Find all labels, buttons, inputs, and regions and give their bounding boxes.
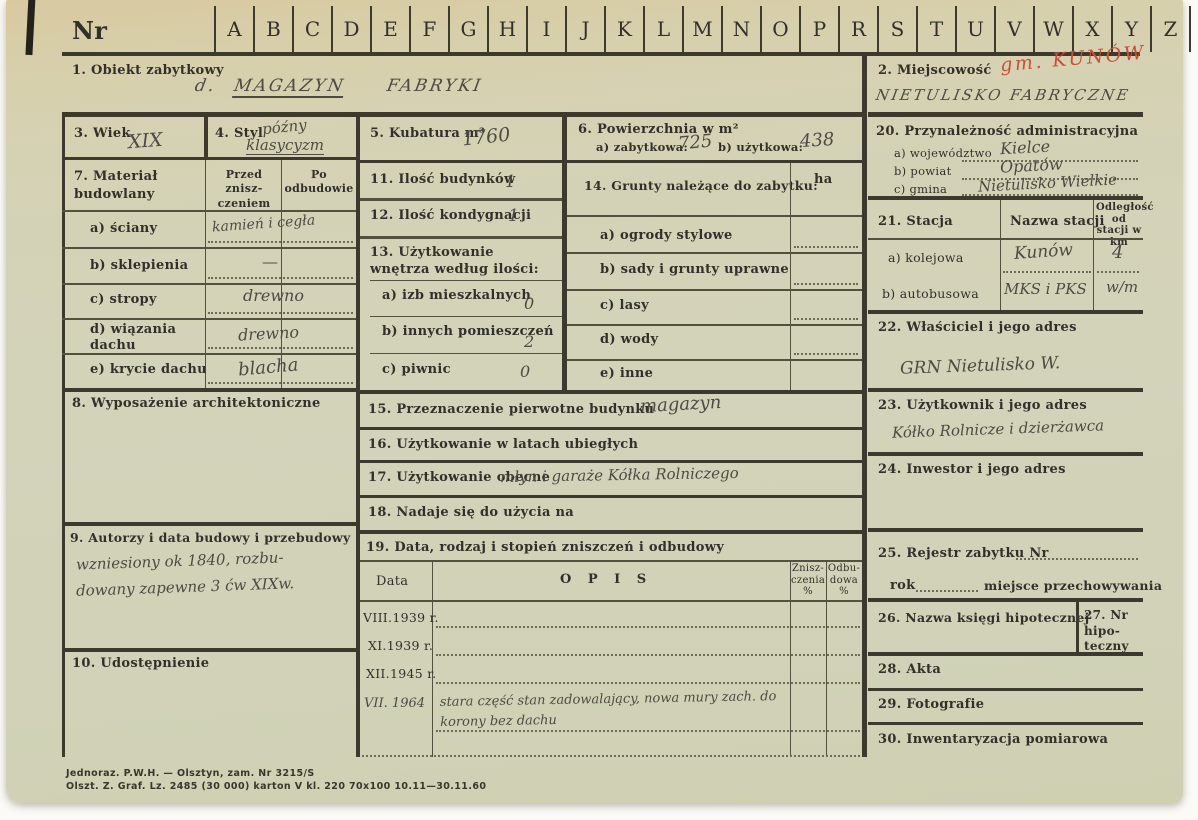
index-letter: R: [838, 6, 877, 52]
dotted-line: [436, 682, 860, 684]
index-letter: P: [799, 6, 838, 52]
index-letter: S: [877, 6, 916, 52]
field-21-row-name: Kunów: [1013, 240, 1073, 264]
field-8-label: 8. Wyposażenie architektoniczne: [72, 396, 321, 411]
index-letter: B: [253, 6, 292, 52]
field-9-label: 9. Autorzy i data budowy i przebudowy: [70, 530, 351, 545]
field-22-label: 22. Właściciel i jego adres: [878, 320, 1077, 335]
field-14-item: b) sady i grunty uprawne: [600, 262, 789, 277]
field-13-item-label: a) izb mieszkalnych: [382, 288, 531, 303]
field-12-value: 1: [508, 206, 519, 226]
field-25-rok-label: rok: [890, 578, 915, 593]
field-21-col1-header: Nazwa stacji: [1010, 214, 1105, 229]
divider: [868, 528, 1143, 532]
divider: [360, 427, 862, 430]
field-27-label: 27. Nr hipo- teczny: [1084, 608, 1142, 655]
divider: [62, 648, 356, 652]
divider: [360, 530, 862, 534]
index-letter: F: [409, 6, 448, 52]
divider: [862, 56, 867, 757]
field-6a-value: 725: [677, 131, 713, 155]
divider: [62, 117, 65, 757]
dotted-line: [794, 353, 858, 355]
index-letter: G: [448, 6, 487, 52]
footer-imprint-line2: Olszt. Z. Graf. Lz. 2485 (30 000) karton…: [66, 781, 486, 792]
field-20b-label: b) powiat: [894, 164, 952, 178]
divider: [62, 157, 356, 160]
field-19-row-desc: stara część stan zadowalający, nowa mury…: [440, 687, 781, 733]
dotted-line: [1016, 558, 1138, 560]
field-6-label: 6. Powierzchnia w m²: [578, 122, 739, 137]
field-13-item-value: 0: [524, 294, 534, 313]
field-16-label: 16. Użytkowanie w latach ubiegłych: [368, 437, 638, 452]
dotted-line: [1097, 271, 1139, 273]
field-10-label: 10. Udostępnienie: [72, 656, 209, 671]
dotted-line: [436, 626, 860, 628]
divider: [868, 112, 1143, 117]
divider: [370, 353, 562, 354]
field-14-item: d) wody: [600, 332, 658, 347]
field-20a-label: a) województwo: [894, 146, 992, 160]
field-21-row-dist: 4: [1112, 242, 1123, 263]
field-1-value: d. MAGAZYN FABRYKI: [193, 76, 484, 96]
dotted-line: [208, 382, 353, 384]
field-19-row-date: VIII.1939 r.: [363, 610, 439, 625]
field-30-label: 30. Inwentaryzacja pomiarowa: [878, 732, 1108, 747]
divider: [62, 283, 356, 285]
field-7-row-label: c) stropy: [90, 292, 157, 307]
divider: [790, 163, 791, 390]
index-letter: W: [1033, 6, 1072, 52]
divider: [1076, 602, 1079, 652]
divider: [360, 390, 862, 394]
field-21-row-dist: w/m: [1106, 278, 1138, 296]
field-14-unit-header: ha: [814, 172, 832, 187]
divider: [868, 238, 1143, 240]
index-letter: U: [955, 6, 994, 52]
divider: [360, 600, 862, 602]
index-letter: A: [214, 6, 253, 52]
field-19-col-odbu: Odbu- dowa %: [827, 563, 861, 598]
field-19-row-date: VII. 1964: [364, 696, 425, 711]
divider: [868, 598, 1143, 602]
divider: [62, 247, 356, 249]
divider: [790, 560, 791, 757]
field-11-value: 1: [505, 172, 516, 192]
field-7-col2-header: Po odbudowie: [284, 168, 354, 197]
field-7-row-value: —: [262, 252, 278, 271]
index-letter: N: [721, 6, 760, 52]
field-6a-label: a) zabytkowa:: [596, 140, 688, 154]
divider: [370, 280, 562, 281]
divider: [62, 52, 1140, 56]
field-13-item-value: 0: [520, 362, 530, 381]
divider: [356, 117, 360, 757]
field-19-col-date: Data: [376, 574, 408, 589]
index-letter: E: [370, 6, 409, 52]
divider: [826, 560, 827, 757]
divider: [370, 316, 562, 317]
field-7-row-label: a) ściany: [90, 221, 157, 236]
index-letter: H: [487, 6, 526, 52]
field-21-label: 21. Stacja: [878, 214, 953, 229]
divider: [360, 560, 862, 562]
index-letter: O: [760, 6, 799, 52]
field-7-label: 7. Materiał budowlany: [74, 168, 184, 203]
field-11-label: 11. Ilość budynków: [370, 172, 516, 187]
index-letter: T: [916, 6, 955, 52]
field-21-row-label: a) kolejowa: [888, 250, 964, 265]
field-2-label: 2. Miejscowość: [878, 63, 992, 78]
field-1-prefix: d.: [193, 76, 218, 96]
field-14-item: c) lasy: [600, 298, 649, 313]
dotted-line: [436, 730, 860, 732]
index-letter: D: [331, 6, 370, 52]
divider: [868, 722, 1143, 725]
divider: [868, 452, 1143, 456]
field-1-word2: FABRYKI: [385, 76, 484, 96]
index-letter: C: [292, 6, 331, 52]
divider: [868, 310, 1143, 314]
field-25-miejsce-label: miejsce przechowywania: [984, 578, 1162, 593]
index-letter: J: [565, 6, 604, 52]
divider: [868, 196, 1143, 200]
divider: [567, 324, 862, 326]
field-6b-value: 438: [799, 129, 835, 152]
dotted-line: [916, 590, 978, 592]
index-letter: L: [643, 6, 682, 52]
index-letter-row: A B C D E F G H I J K L M N O P R S T U …: [214, 6, 1191, 52]
field-7-row-label: b) sklepienia: [90, 258, 188, 273]
divider: [868, 652, 1143, 656]
field-19-label: 19. Data, rodzaj i stopień zniszczeń i o…: [366, 540, 724, 555]
field-3-value: XIX: [127, 129, 163, 153]
divider: [360, 460, 862, 463]
divider: [360, 198, 562, 201]
field-21-row-name: MKS i PKS: [1004, 280, 1087, 298]
dotted-line: [794, 318, 858, 320]
dotted-line: [794, 246, 858, 248]
field-19-row-date: XI.1939 r.: [368, 638, 433, 653]
divider: [360, 495, 862, 498]
field-13-item-label: c) piwnic: [382, 362, 451, 377]
divider: [1093, 200, 1094, 310]
field-4-value-line2: klasycyzm: [246, 136, 324, 155]
divider: [1000, 200, 1001, 310]
field-19-row-date: XII.1945 r.: [366, 666, 436, 681]
divider: [567, 289, 862, 291]
index-letter: M: [682, 6, 721, 52]
footer-imprint-line1: Jednoraz. P.W.H. — Olsztyn, zam. Nr 3215…: [66, 768, 315, 779]
field-19-col-znisz: Znisz- czenia %: [791, 563, 825, 598]
field-26-label: 26. Nazwa księgi hipotecznej: [878, 610, 1090, 625]
divider: [360, 236, 562, 239]
dotted-line: [1003, 271, 1091, 273]
field-7-row-label: d) wiązania dachu: [90, 322, 190, 355]
field-19-col-opis: O P I S: [560, 572, 652, 587]
divider: [868, 688, 1143, 691]
divider: [567, 252, 862, 254]
divider: [62, 112, 862, 117]
field-7-row-value: drewno: [243, 286, 304, 305]
index-letter: Z: [1150, 6, 1191, 52]
field-6b-label: b) użytkowa:: [718, 140, 803, 154]
dotted-line: [208, 241, 353, 243]
field-7-row-label: e) krycie dachu: [90, 362, 207, 377]
divider: [567, 215, 862, 217]
field-18-label: 18. Nadaje się do użycia na: [368, 505, 574, 520]
dotted-line: [208, 277, 353, 279]
field-15-label: 15. Przeznaczenie pierwotne budynku: [368, 402, 654, 417]
index-letter: I: [526, 6, 565, 52]
field-13-label: 13. Użytkowanie wnętrza według ilości:: [370, 245, 550, 279]
field-2-value: NIETULISKO FABRYCZNE: [874, 86, 1131, 104]
field-20-label: 20. Przynależność administracyjna: [876, 124, 1138, 139]
field-7-col1-header: Przed znisz- czeniem: [209, 168, 279, 211]
nr-label: Nr: [72, 16, 107, 45]
field-28-label: 28. Akta: [878, 662, 941, 677]
divider: [62, 388, 356, 392]
field-14-item: a) ogrody stylowe: [600, 228, 733, 243]
field-14-item: e) inne: [600, 366, 653, 381]
field-15-value: magazyn: [640, 392, 722, 417]
divider: [62, 522, 356, 526]
field-1-word1: MAGAZYN: [232, 76, 347, 98]
divider: [204, 117, 208, 157]
dotted-line: [794, 283, 858, 285]
divider: [868, 388, 1143, 392]
field-23-label: 23. Użytkownik i jego adres: [878, 398, 1087, 413]
scan-background: Nr A B C D E F G H I J K L M N O P R S T…: [0, 0, 1198, 820]
field-21-row-label: b) autobusowa: [882, 286, 979, 301]
divider: [567, 359, 862, 361]
field-3-label: 3. Wiek: [74, 126, 131, 141]
index-letter: K: [604, 6, 643, 52]
divider: [360, 160, 862, 163]
divider: [432, 560, 433, 757]
dotted-line: [362, 755, 860, 757]
field-14-label: 14. Grunty należące do zabytku:: [584, 178, 818, 193]
field-20c-label: c) gmina: [894, 182, 947, 196]
field-13-item-value: 2: [524, 332, 534, 351]
dotted-line: [208, 347, 353, 349]
field-29-label: 29. Fotografie: [878, 697, 984, 712]
divider: [62, 318, 356, 320]
dotted-line: [208, 312, 353, 314]
dotted-line: [436, 654, 860, 656]
field-24-label: 24. Inwestor i jego adres: [878, 462, 1066, 477]
index-letter: V: [994, 6, 1033, 52]
field-7-row-value: drewno: [238, 322, 300, 344]
